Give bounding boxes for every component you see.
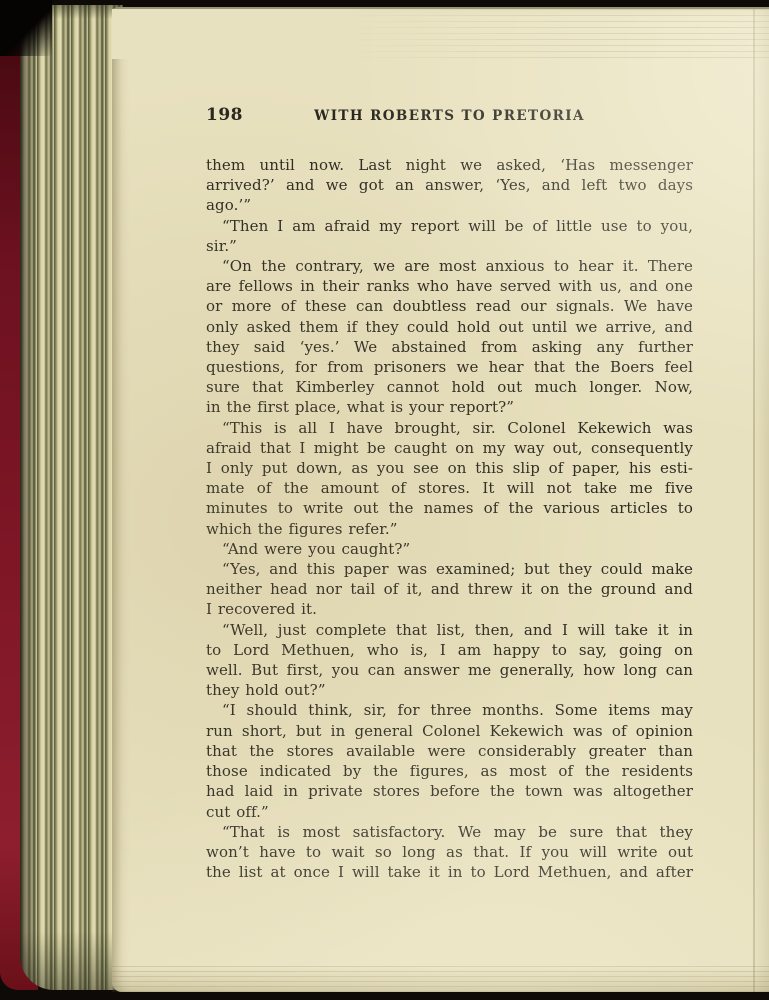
text-line: “Yes, and this paper was examined; but t… — [206, 559, 693, 579]
text-line: they said ‘yes.’ We abstained from askin… — [206, 337, 693, 357]
text-line: that the stores available were considera… — [206, 741, 693, 761]
text-line: ago.’” — [206, 195, 693, 215]
text-line: are fellows in their ranks who have serv… — [206, 276, 693, 296]
text-line: which the figures refer.” — [206, 519, 693, 539]
text-line: I only put down, as you see on this slip… — [206, 458, 693, 478]
text-line: had laid in private stores before the to… — [206, 781, 693, 801]
text-line: sure that Kimberley cannot hold out much… — [206, 377, 693, 397]
text-paragraph: them until now. Last night we asked, ‘Ha… — [206, 155, 693, 216]
page-text: them until now. Last night we asked, ‘Ha… — [206, 155, 693, 882]
page-header: 198 WITH ROBERTS TO PRETORIA — [206, 105, 693, 129]
text-line: well. But first, you can answer me gener… — [206, 660, 693, 680]
page-top-edge — [112, 9, 769, 59]
text-line: “Well, just complete that list, then, an… — [206, 620, 693, 640]
text-paragraph: “On the contrary, we are most anxious to… — [206, 256, 693, 418]
text-line: minutes to write out the names of the va… — [206, 498, 693, 518]
text-line: in the first place, what is your report?… — [206, 397, 693, 417]
text-line: “I should think, sir, for three months. … — [206, 700, 693, 720]
page-stack-edge — [20, 5, 123, 990]
text-paragraph: “This is all I have brought, sir. Colone… — [206, 418, 693, 539]
text-line: to Lord Methuen, who is, I am happy to s… — [206, 640, 693, 660]
text-line: the list at once I will take it in to Lo… — [206, 862, 693, 882]
photo-backdrop: 198 WITH ROBERTS TO PRETORIA them until … — [0, 0, 769, 1000]
page-bottom-edge — [112, 964, 769, 992]
text-line: cut off.” — [206, 802, 693, 822]
text-line: run short, but in general Colonel Kekewi… — [206, 721, 693, 741]
page-right-edge — [753, 9, 769, 992]
text-line: “That is most satisfactory. We may be su… — [206, 822, 693, 842]
text-line: only asked them if they could hold out u… — [206, 317, 693, 337]
running-title: WITH ROBERTS TO PRETORIA — [314, 108, 585, 124]
text-line: won’t have to wait so long as that. If y… — [206, 842, 693, 862]
text-line: arrived?’ and we got an answer, ‘Yes, an… — [206, 175, 693, 195]
text-paragraph: “Well, just complete that list, then, an… — [206, 620, 693, 701]
text-paragraph: “Yes, and this paper was examined; but t… — [206, 559, 693, 620]
text-paragraph: “Then I am afraid my report will be of l… — [206, 216, 693, 256]
text-line: questions, for from prisoners we hear th… — [206, 357, 693, 377]
text-line: afraid that I might be caught on my way … — [206, 438, 693, 458]
text-line: them until now. Last night we asked, ‘Ha… — [206, 155, 693, 175]
text-line: mate of the amount of stores. It will no… — [206, 478, 693, 498]
text-line: neither head nor tail of it, and threw i… — [206, 579, 693, 599]
text-line: those indicated by the figures, as most … — [206, 761, 693, 781]
text-paragraph: “And were you caught?” — [206, 539, 693, 559]
text-line: “Then I am afraid my report will be of l… — [206, 216, 693, 236]
text-line: or more of these can doubtless read our … — [206, 296, 693, 316]
book-page: 198 WITH ROBERTS TO PRETORIA them until … — [112, 7, 769, 992]
page-number: 198 — [206, 105, 243, 125]
text-line: sir.” — [206, 236, 693, 256]
corner-shadow — [0, 0, 52, 56]
text-line: I recovered it. — [206, 599, 693, 619]
text-paragraph: “That is most satisfactory. We may be su… — [206, 822, 693, 883]
text-paragraph: “I should think, sir, for three months. … — [206, 700, 693, 821]
text-block: 198 WITH ROBERTS TO PRETORIA them until … — [206, 105, 693, 882]
text-line: “This is all I have brought, sir. Colone… — [206, 418, 693, 438]
text-line: they hold out?” — [206, 680, 693, 700]
text-line: “And were you caught?” — [206, 539, 693, 559]
text-line: “On the contrary, we are most anxious to… — [206, 256, 693, 276]
